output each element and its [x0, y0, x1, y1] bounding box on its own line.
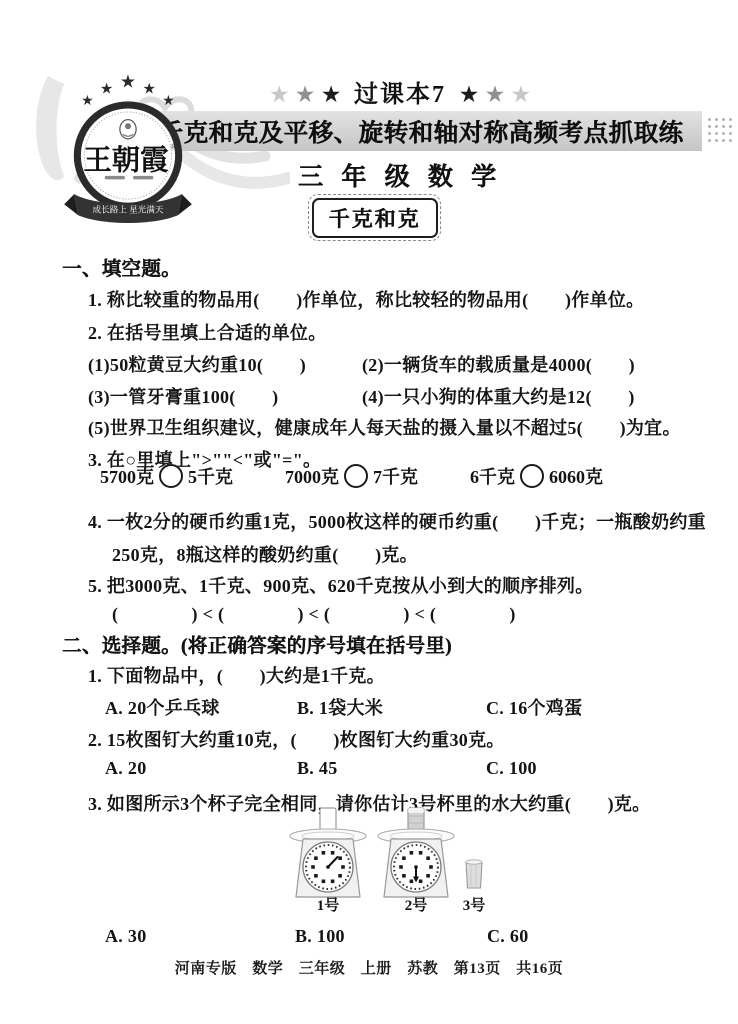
compare-item: 6千克 6060克 — [470, 463, 603, 489]
logo-name: 王朝霞 — [83, 145, 169, 177]
svg-text:★: ★ — [120, 72, 136, 92]
svg-text:★: ★ — [100, 81, 114, 98]
choice-q2-option-c: C. 100 — [486, 758, 537, 779]
choice-q1-option-c: C. 16个鸡蛋 — [486, 694, 582, 720]
fill-q2-item-5: (5)世界卫生组织建议，健康成年人每天盐的摄入量以不超过5( )为宜。 — [88, 414, 681, 440]
choice-q1: 1. 下面物品中，( )大约是1千克。 — [88, 662, 385, 688]
star-icon: ★ — [486, 84, 504, 106]
scale-1-icon — [290, 808, 366, 897]
cup-3-icon — [466, 860, 482, 888]
compare-left: 5700克 — [100, 463, 154, 489]
compare-right: 7千克 — [373, 463, 418, 489]
cup-3-label: 3号 — [463, 896, 486, 914]
fill-q2-item-1: (1)50粒黄豆大约重10( ) — [88, 351, 306, 377]
compare-item: 7000克 7千克 — [285, 463, 418, 489]
star-icon: ★ — [270, 84, 288, 106]
scale-2-icon — [378, 808, 454, 897]
fill-q2-item-4: (4)一只小狗的体重大约是12( ) — [362, 383, 635, 409]
compare-right: 5千克 — [188, 463, 233, 489]
choice-q2-option-a: A. 20 — [105, 758, 147, 779]
fill-q1: 1. 称比较重的物品用( )作单位，称比较轻的物品用( )作单位。 — [88, 286, 644, 312]
scale-2-label: 2号 — [405, 896, 428, 914]
unit-title: 千克和克 — [312, 198, 438, 238]
compare-circle-icon — [159, 464, 183, 488]
choice-q3-option-b: B. 100 — [295, 926, 345, 947]
choice-q2: 2. 15枚图钉大约重10克，( )枚图钉大约重30克。 — [88, 726, 505, 752]
publisher-logo: ★ ★ ★ ★ ★ 王朝霞 ® 成长路上 星光满天 — [52, 62, 204, 240]
scale-1-label: 1号 — [317, 896, 340, 914]
star-icon: ★ — [460, 84, 478, 106]
fill-q4-line1: 4. 一枚2分的硬币约重1克，5000枚这样的硬币约重( )千克；一瓶酸奶约重 — [88, 508, 706, 534]
fill-q5: 5. 把3000克、1千克、900克、620千克按从小到大的顺序排列。 — [88, 572, 594, 598]
compare-right: 6060克 — [549, 463, 603, 489]
banner-title: 千克和克及平移、旋转和轴对称高频考点抓取练 — [159, 114, 684, 149]
svg-text:★: ★ — [162, 93, 175, 109]
compare-circle-icon — [520, 464, 544, 488]
scales-figure: 1号 2号 3号 — [268, 804, 520, 916]
fill-q5-order-blanks: ( ) < ( ) < ( ) < ( ) — [112, 600, 516, 626]
fill-q2-item-3: (3)一管牙膏重100( ) — [88, 383, 278, 409]
choice-q2-option-b: B. 45 — [297, 758, 338, 779]
unit-title-box: 千克和克 — [308, 194, 441, 241]
compare-left: 6千克 — [470, 463, 515, 489]
compare-circle-icon — [344, 464, 368, 488]
logo-ribbon-text: 成长路上 星光满天 — [92, 203, 163, 214]
compare-item: 5700克 5千克 — [100, 463, 233, 489]
choice-q1-option-a: A. 20个乒乓球 — [105, 694, 220, 720]
star-icon: ★ — [322, 84, 340, 106]
banner: 千克和克及平移、旋转和轴对称高频考点抓取练 — [140, 111, 702, 151]
compare-left: 7000克 — [285, 463, 339, 489]
series-title-text: 过课本7 — [354, 82, 446, 108]
fill-q2-item-2: (2)一辆货车的载质量是4000( ) — [362, 351, 635, 377]
star-icon: ★ — [296, 84, 314, 106]
choice-q3-option-a: A. 30 — [105, 926, 147, 947]
svg-text:★: ★ — [142, 81, 156, 98]
page-footer: 河南专版 数学 三年级 上册 苏教 第13页 共16页 — [0, 957, 738, 978]
registered-mark: ® — [171, 142, 177, 151]
fill-q4-line2: 250克，8瓶这样的酸奶约重( )克。 — [112, 541, 418, 567]
choice-q3-option-c: C. 60 — [487, 926, 529, 947]
portrait-emblem-icon — [120, 120, 136, 139]
worksheet-page: ★ ★ ★ ★ ★ 王朝霞 ® 成长路上 星光满天 — [0, 0, 738, 1024]
choice-q1-option-b: B. 1袋大米 — [297, 694, 383, 720]
fill-section-heading: 一、填空题。 — [62, 253, 181, 281]
fill-q3-compare-row: 5700克 5千克 7000克 7千克 6千克 6060克 — [100, 463, 603, 489]
fill-q2: 2. 在括号里填上合适的单位。 — [88, 319, 327, 345]
star-icon: ★ — [512, 84, 530, 106]
svg-text:★: ★ — [81, 93, 94, 109]
choice-section-heading: 二、选择题。(将正确答案的序号填在括号里) — [62, 630, 452, 658]
